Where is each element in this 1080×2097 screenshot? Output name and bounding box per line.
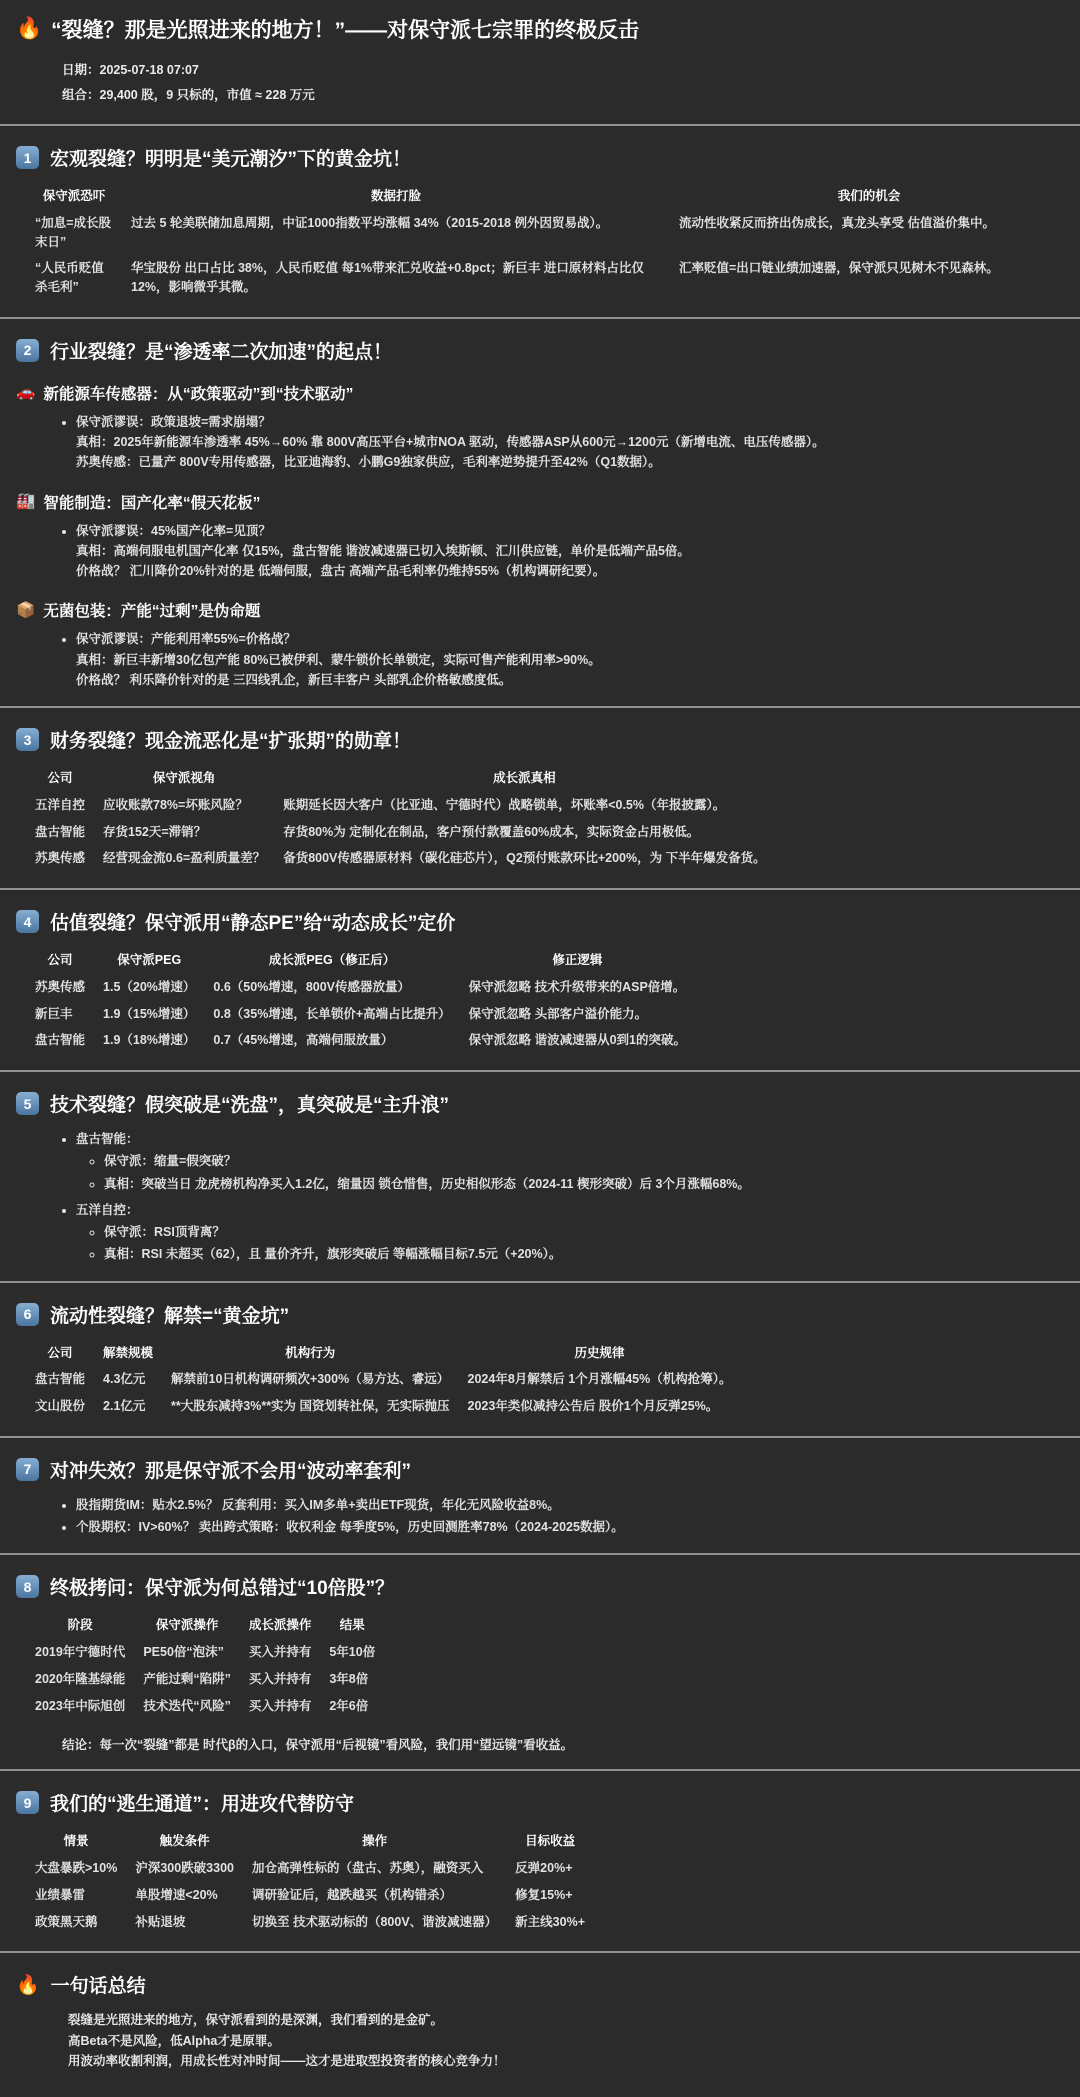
section-title: 一句话总结 [51,1971,146,1998]
text-line: 保守派谬误：政策退坡=需求崩塌？ [76,412,1064,432]
table-row: 大盘暴跌>10%沪深300跌破3300加仓高弹性标的（盘古、苏奥），融资买入反弹… [26,1855,594,1882]
liquidity-table: 公司解禁规模机构行为历史规律盘古智能4.3亿元解禁前10日机构调研频次+300%… [26,1340,741,1420]
text-line: 保守派谬误：产能利用率55%=价格战？ [76,629,1064,649]
table-cell: 2年6倍 [320,1693,384,1720]
table-cell: 政策黑天鹅 [26,1909,126,1936]
section-number-badge: 1 [16,146,39,169]
table-cell: 备货800V传感器原材料（碳化硅芯片），Q2预付账款环比+200%，为 下半年爆… [274,845,774,872]
section-ultimate-question: 8 终极拷问：保守派为何总错过“10倍股”？ 阶段保守派操作成长派操作结果201… [16,1573,1064,1753]
section-number-badge: 4 [16,910,39,933]
table-cell: 解禁前10日机构调研频次+300%（易方达、睿远） [162,1366,459,1393]
subsection-heading-smart-manufacturing: 🏭 智能制造：国产化率“假天花板” [16,491,1064,513]
table-cell: 大盘暴跌>10% [26,1855,126,1882]
column-header: 公司 [26,765,94,792]
sub-point: 保守派：缩量=假突破？ [104,1151,1064,1171]
list-item: 股指期货IM：贴水2.5%？ 反套利用：买入IM多单+卖出ETF现货，年化无风险… [76,1495,1064,1515]
fire-icon: 🔥 [16,1973,40,1997]
table-cell: 切换至 技术驱动标的（800V、谐波减速器） [243,1909,506,1936]
column-header: 情景 [26,1828,126,1855]
section-title: 宏观裂缝？明明是“美元潮汐”下的黄金坑！ [50,144,411,171]
section-number-badge: 9 [16,1791,39,1814]
section-liquidity: 6 流动性裂缝？解禁=“黄金坑” 公司解禁规模机构行为历史规律盘古智能4.3亿元… [16,1301,1064,1420]
section-title: 终极拷问：保守派为何总错过“10倍股”？ [50,1573,394,1600]
section-divider [0,1436,1080,1438]
column-header: 成长派操作 [240,1612,321,1639]
column-header: 我们的机会 [670,183,1068,210]
section-number-badge: 8 [16,1575,39,1598]
table-cell: 经营现金流0.6=盈利质量差？ [94,845,274,872]
bullet-item: 保守派谬误：45%国产化率=见顶？真相：高端伺服电机国产化率 仅15%，盘古智能… [76,521,1064,582]
table-row: “加息=成长股末日”过去 5 轮美联储加息周期，中证1000指数平均涨幅 34%… [26,210,1068,256]
list-item: 个股期权：IV>60%？ 卖出跨式策略：收权利金 每季度5%，历史回测胜率78%… [76,1517,1064,1537]
column-header: 公司 [26,1340,94,1367]
section-technical: 5 技术裂缝？假突破是“洗盘”，真突破是“主升浪” 盘古智能： 保守派：缩量=假… [16,1090,1064,1265]
section-heading: 8 终极拷问：保守派为何总错过“10倍股”？ [16,1573,1064,1600]
section-title: 估值裂缝？保守派用“静态PE”给“动态成长”定价 [50,908,455,935]
section-heading: 7 对冲失效？那是保守派不会用“波动率套利” [16,1456,1064,1483]
table-cell: 过去 5 轮美联储加息周期，中证1000指数平均涨幅 34%（2015-2018… [122,210,670,256]
table-row: 盘古智能存货152天=滞销？存货80%为 定制化在制品，客户预付款覆盖60%成本… [26,819,775,846]
section-escape-route: 9 我们的“逃生通道”：用进攻代替防守 情景触发条件操作目标收益大盘暴跌>10%… [16,1789,1064,1935]
bullet-list: 保守派谬误：政策退坡=需求崩塌？真相：2025年新能源车渗透率 45%→60% … [16,412,1064,473]
table-cell: 业绩暴雷 [26,1882,126,1909]
column-header: 保守派恐吓 [26,183,122,210]
table-cell: 0.7（45%增速，高端伺服放量） [204,1027,459,1054]
table-row: 2020年隆基绿能产能过剩“陷阱”买入并持有3年8倍 [26,1666,384,1693]
sub-point-list: 保守派：缩量=假突破？ 真相：突破当日 龙虎榜机构净买入1.2亿，缩量因 锁仓惜… [76,1151,1064,1194]
table-row: 苏奥传感1.5（20%增速）0.6（50%增速，800V传感器放量）保守派忽略 … [26,974,695,1001]
column-header: 操作 [243,1828,506,1855]
section-number-badge: 3 [16,728,39,751]
document-meta: 日期：2025-07-18 07:07 组合：29,400 股，9 只标的，市值… [16,58,1064,108]
table-cell: “加息=成长股末日” [26,210,122,256]
section-heading: 5 技术裂缝？假突破是“洗盘”，真突破是“主升浪” [16,1090,1064,1117]
section-hedging: 7 对冲失效？那是保守派不会用“波动率套利” 股指期货IM：贴水2.5%？ 反套… [16,1456,1064,1538]
valuation-table: 公司保守派PEG成长派PEG（修正后）修正逻辑苏奥传感1.5（20%增速）0.6… [26,947,695,1054]
bullet-item: 盘古智能： 保守派：缩量=假突破？ 真相：突破当日 龙虎榜机构净买入1.2亿，缩… [76,1129,1064,1194]
sub-point: 真相：突破当日 龙虎榜机构净买入1.2亿，缩量因 锁仓惜售，历史相似形态（202… [104,1174,1064,1194]
section-heading: 4 估值裂缝？保守派用“静态PE”给“动态成长”定价 [16,908,1064,935]
table-header-row: 公司保守派PEG成长派PEG（修正后）修正逻辑 [26,947,695,974]
table-cell: **大股东减持3%**实为 国资划转社保，无实际抛压 [162,1393,459,1420]
column-header: 结果 [320,1612,384,1639]
section-summary: 🔥 一句话总结 裂缝是光照进来的地方，保守派看到的是深渊，我们看到的是金矿。高B… [16,1971,1064,2071]
section-macro: 1 宏观裂缝？明明是“美元潮汐”下的黄金坑！ 保守派恐吓数据打脸我们的机会“加息… [16,144,1064,301]
subsection-heading-aseptic-packaging: 📦 无菌包装：产能“过剩”是伪命题 [16,599,1064,621]
table-row: 新巨丰1.9（15%增速）0.8（35%增速，长单锁价+高端占比提升）保守派忽略… [26,1001,695,1028]
section-divider [0,1070,1080,1072]
text-line: 价格战？ 汇川降价20%针对的是 低端伺服，盘古 高端产品毛利率仍维持55%（机… [76,561,1064,581]
section-heading: 🔥 一句话总结 [16,1971,1064,1998]
column-header: 公司 [26,947,94,974]
table-cell: 新主线30%+ [506,1909,594,1936]
table-cell: 盘古智能 [26,1366,94,1393]
conclusion-text: 结论：每一次“裂缝”都是 时代β的入口，保守派用“后视镜”看风险，我们用“望远镜… [16,1735,1064,1753]
table-cell: 补贴退坡 [126,1909,243,1936]
column-header: 阶段 [26,1612,134,1639]
section-divider [0,888,1080,890]
bullet-list: 保守派谬误：45%国产化率=见顶？真相：高端伺服电机国产化率 仅15%，盘古智能… [16,521,1064,582]
table-cell: 1.5（20%增速） [94,974,204,1001]
table-cell: 修复15%+ [506,1882,594,1909]
section-title: 对冲失效？那是保守派不会用“波动率套利” [50,1456,411,1483]
section-heading: 3 财务裂缝？现金流恶化是“扩张期”的勋章！ [16,726,1064,753]
table-cell: 调研验证后，越跌越买（机构错杀） [243,1882,506,1909]
section-divider [0,706,1080,708]
table-cell: 汇率贬值=出口链业绩加速器，保守派只见树木不见森林。 [670,255,1068,301]
table-cell: 存货80%为 定制化在制品，客户预付款覆盖60%成本，实际资金占用极低。 [274,819,774,846]
text-line: 保守派谬误：45%国产化率=见顶？ [76,521,1064,541]
table-cell: 盘古智能 [26,1027,94,1054]
table-cell: 单股增速<20% [126,1882,243,1909]
section-financial: 3 财务裂缝？现金流恶化是“扩张期”的勋章！ 公司保守派视角成长派真相五洋自控应… [16,726,1064,872]
table-cell: 2023年中际旭创 [26,1693,134,1720]
table-row: 2019年宁德时代PE50倍“泡沫”买入并持有5年10倍 [26,1639,384,1666]
table-cell: 0.8（35%增速，长单锁价+高端占比提升） [204,1001,459,1028]
stock-name: 五洋自控： [76,1200,1064,1220]
date-line: 日期：2025-07-18 07:07 [62,58,1064,83]
table-cell: 五洋自控 [26,792,94,819]
package-icon: 📦 [16,601,35,620]
text-line: 真相：2025年新能源车渗透率 45%→60% 靠 800V高压平台+城市NOA… [76,432,1064,452]
bullet-item: 保守派谬误：政策退坡=需求崩塌？真相：2025年新能源车渗透率 45%→60% … [76,412,1064,473]
section-divider [0,1281,1080,1283]
fire-icon: 🔥 [16,17,42,41]
bullet-item: 保守派谬误：产能利用率55%=价格战？真相：新巨丰新增30亿包产能 80%已被伊… [76,629,1064,690]
table-cell: 3年8倍 [320,1666,384,1693]
section-heading: 1 宏观裂缝？明明是“美元潮汐”下的黄金坑！ [16,144,1064,171]
column-header: 成长派真相 [274,765,774,792]
summary-lines: 裂缝是光照进来的地方，保守派看到的是深渊，我们看到的是金矿。高Beta不是风险，… [16,2010,1064,2071]
section-divider [0,317,1080,319]
section-heading: 6 流动性裂缝？解禁=“黄金坑” [16,1301,1064,1328]
section-divider [0,1769,1080,1771]
table-header-row: 保守派恐吓数据打脸我们的机会 [26,183,1068,210]
table-cell: 加仓高弹性标的（盘古、苏奥），融资买入 [243,1855,506,1882]
table-cell: 1.9（18%增速） [94,1027,204,1054]
subsection-title: 无菌包装：产能“过剩”是伪命题 [43,599,260,621]
bullet-item: 五洋自控： 保守派：RSI顶背离？ 真相：RSI 未超买（62），且 量价齐升，… [76,1200,1064,1265]
section-industry: 2 行业裂缝？是“渗透率二次加速”的起点！ 🚗 新能源车传感器：从“政策驱动”到… [16,337,1064,690]
table-header-row: 公司保守派视角成长派真相 [26,765,775,792]
section-number-badge: 6 [16,1303,39,1326]
section-divider [0,124,1080,126]
table-cell: “人民币贬值杀毛利” [26,255,122,301]
section-title: 技术裂缝？假突破是“洗盘”，真突破是“主升浪” [50,1090,449,1117]
table-cell: 苏奥传感 [26,845,94,872]
table-cell: 2020年隆基绿能 [26,1666,134,1693]
page-title-text: “裂缝？那是光照进来的地方！”——对保守派七宗罪的终极反击 [51,14,639,44]
section-title: 我们的“逃生通道”：用进攻代替防守 [50,1789,354,1816]
table-cell: 存货152天=滞销？ [94,819,274,846]
table-header-row: 情景触发条件操作目标收益 [26,1828,594,1855]
column-header: 触发条件 [126,1828,243,1855]
section-valuation: 4 估值裂缝？保守派用“静态PE”给“动态成长”定价 公司保守派PEG成长派PE… [16,908,1064,1054]
table-cell: 技术迭代“风险” [134,1693,240,1720]
column-header: 机构行为 [162,1340,459,1367]
financial-table: 公司保守派视角成长派真相五洋自控应收账款78%=坏账风险？账期延长因大客户（比亚… [26,765,775,872]
table-row: 盘古智能4.3亿元解禁前10日机构调研频次+300%（易方达、睿远）2024年8… [26,1366,741,1393]
table-cell: 保守派忽略 技术升级带来的ASP倍增。 [460,974,695,1001]
column-header: 修正逻辑 [460,947,695,974]
table-cell: PE50倍“泡沫” [134,1639,240,1666]
column-header: 数据打脸 [122,183,670,210]
table-cell: 买入并持有 [240,1693,321,1720]
table-cell: 华宝股份 出口占比 38%，人民币贬值 每1%带来汇兑收益+0.8pct；新巨丰… [122,255,670,301]
macro-table: 保守派恐吓数据打脸我们的机会“加息=成长股末日”过去 5 轮美联储加息周期，中证… [26,183,1068,301]
section-number-badge: 5 [16,1092,39,1115]
subsection-title: 智能制造：国产化率“假天花板” [43,491,260,513]
table-cell: 保守派忽略 谐波减速器从0到1的突破。 [460,1027,695,1054]
column-header: 保守派PEG [94,947,204,974]
subsection-heading-ev-sensor: 🚗 新能源车传感器：从“政策驱动”到“技术驱动” [16,382,1064,404]
table-row: 2023年中际旭创技术迭代“风险”买入并持有2年6倍 [26,1693,384,1720]
table-row: 政策黑天鹅补贴退坡切换至 技术驱动标的（800V、谐波减速器）新主线30%+ [26,1909,594,1936]
section-heading: 9 我们的“逃生通道”：用进攻代替防守 [16,1789,1064,1816]
table-cell: 买入并持有 [240,1666,321,1693]
table-cell: 账期延长因大客户（比亚迪、宁德时代）战略锁单，坏账率<0.5%（年报披露）。 [274,792,774,819]
column-header: 解禁规模 [94,1340,162,1367]
column-header: 历史规律 [459,1340,741,1367]
table-cell: 苏奥传感 [26,974,94,1001]
section-heading: 2 行业裂缝？是“渗透率二次加速”的起点！ [16,337,1064,364]
bullet-list: 盘古智能： 保守派：缩量=假突破？ 真相：突破当日 龙虎榜机构净买入1.2亿，缩… [16,1129,1064,1265]
section-number-badge: 2 [16,339,39,362]
column-header: 成长派PEG（修正后） [204,947,459,974]
text-line: 真相：新巨丰新增30亿包产能 80%已被伊利、蒙牛锁价长单锁定，实际可售产能利用… [76,650,1064,670]
table-row: “人民币贬值杀毛利”华宝股份 出口占比 38%，人民币贬值 每1%带来汇兑收益+… [26,255,1068,301]
sub-point-list: 保守派：RSI顶背离？ 真相：RSI 未超买（62），且 量价齐升，旗形突破后 … [76,1222,1064,1265]
section-divider [0,1553,1080,1555]
escape-route-table: 情景触发条件操作目标收益大盘暴跌>10%沪深300跌破3300加仓高弹性标的（盘… [26,1828,594,1935]
table-cell: 反弹20%+ [506,1855,594,1882]
document-header: 🔥 “裂缝？那是光照进来的地方！”——对保守派七宗罪的终极反击 日期：2025-… [16,14,1064,108]
table-cell: 产能过剩“陷阱” [134,1666,240,1693]
page-title: 🔥 “裂缝？那是光照进来的地方！”——对保守派七宗罪的终极反击 [16,14,1064,44]
table-header-row: 公司解禁规模机构行为历史规律 [26,1340,741,1367]
table-cell: 新巨丰 [26,1001,94,1028]
table-cell: 文山股份 [26,1393,94,1420]
subsection-title: 新能源车传感器：从“政策驱动”到“技术驱动” [43,382,353,404]
table-row: 盘古智能1.9（18%增速）0.7（45%增速，高端伺服放量）保守派忽略 谐波减… [26,1027,695,1054]
table-cell: 4.3亿元 [94,1366,162,1393]
section-title: 行业裂缝？是“渗透率二次加速”的起点！ [50,337,392,364]
text-line: 真相：高端伺服电机国产化率 仅15%，盘古智能 谐波减速器已切入埃斯顿、汇川供应… [76,541,1064,561]
table-cell: 5年10倍 [320,1639,384,1666]
table-cell: 0.6（50%增速，800V传感器放量） [204,974,459,1001]
stock-name: 盘古智能： [76,1129,1064,1149]
text-line: 裂缝是光照进来的地方，保守派看到的是深渊，我们看到的是金矿。 [68,2010,1064,2030]
column-header: 保守派视角 [94,765,274,792]
sub-point: 真相：RSI 未超买（62），且 量价齐升，旗形突破后 等幅涨幅目标7.5元（+… [104,1244,1064,1264]
column-header: 目标收益 [506,1828,594,1855]
table-row: 文山股份2.1亿元**大股东减持3%**实为 国资划转社保，无实际抛压2023年… [26,1393,741,1420]
table-cell: 2024年8月解禁后 1个月涨幅45%（机构抢筹）。 [459,1366,741,1393]
section-divider [0,1951,1080,1953]
table-row: 苏奥传感经营现金流0.6=盈利质量差？备货800V传感器原材料（碳化硅芯片），Q… [26,845,775,872]
text-line: 苏奥传感：已量产 800V专用传感器，比亚迪海豹、小鹏G9独家供应，毛利率逆势提… [76,452,1064,472]
text-line: 价格战？ 利乐降价针对的是 三四线乳企，新巨丰客户 头部乳企价格敏感度低。 [76,670,1064,690]
table-cell: 盘古智能 [26,819,94,846]
table-cell: 沪深300跌破3300 [126,1855,243,1882]
table-header-row: 阶段保守派操作成长派操作结果 [26,1612,384,1639]
bullet-list: 股指期货IM：贴水2.5%？ 反套利用：买入IM多单+卖出ETF现货，年化无风险… [16,1495,1064,1538]
column-header: 保守派操作 [134,1612,240,1639]
table-cell: 应收账款78%=坏账风险？ [94,792,274,819]
ten-bagger-table: 阶段保守派操作成长派操作结果2019年宁德时代PE50倍“泡沫”买入并持有5年1… [26,1612,384,1719]
car-icon: 🚗 [16,383,35,402]
table-cell: 2.1亿元 [94,1393,162,1420]
section-title: 财务裂缝？现金流恶化是“扩张期”的勋章！ [50,726,411,753]
section-number-badge: 7 [16,1458,39,1481]
table-cell: 买入并持有 [240,1639,321,1666]
table-cell: 1.9（15%增速） [94,1001,204,1028]
table-cell: 流动性收紧反而挤出伪成长，真龙头享受 估值溢价集中。 [670,210,1068,256]
factory-icon: 🏭 [16,492,35,511]
table-row: 五洋自控应收账款78%=坏账风险？账期延长因大客户（比亚迪、宁德时代）战略锁单，… [26,792,775,819]
portfolio-line: 组合：29,400 股，9 只标的，市值 ≈ 228 万元 [62,83,1064,108]
table-row: 业绩暴雷单股增速<20%调研验证后，越跌越买（机构错杀）修复15%+ [26,1882,594,1909]
text-line: 高Beta不是风险，低Alpha才是原罪。 [68,2031,1064,2051]
sub-point: 保守派：RSI顶背离？ [104,1222,1064,1242]
table-cell: 保守派忽略 头部客户溢价能力。 [460,1001,695,1028]
section-title: 流动性裂缝？解禁=“黄金坑” [50,1301,289,1328]
table-cell: 2023年类似减持公告后 股价1个月反弹25%。 [459,1393,741,1420]
text-line: 用波动率收割利润，用成长性对冲时间——这才是进取型投资者的核心竞争力！ [68,2051,1064,2071]
bullet-list: 保守派谬误：产能利用率55%=价格战？真相：新巨丰新增30亿包产能 80%已被伊… [16,629,1064,690]
table-cell: 2019年宁德时代 [26,1639,134,1666]
